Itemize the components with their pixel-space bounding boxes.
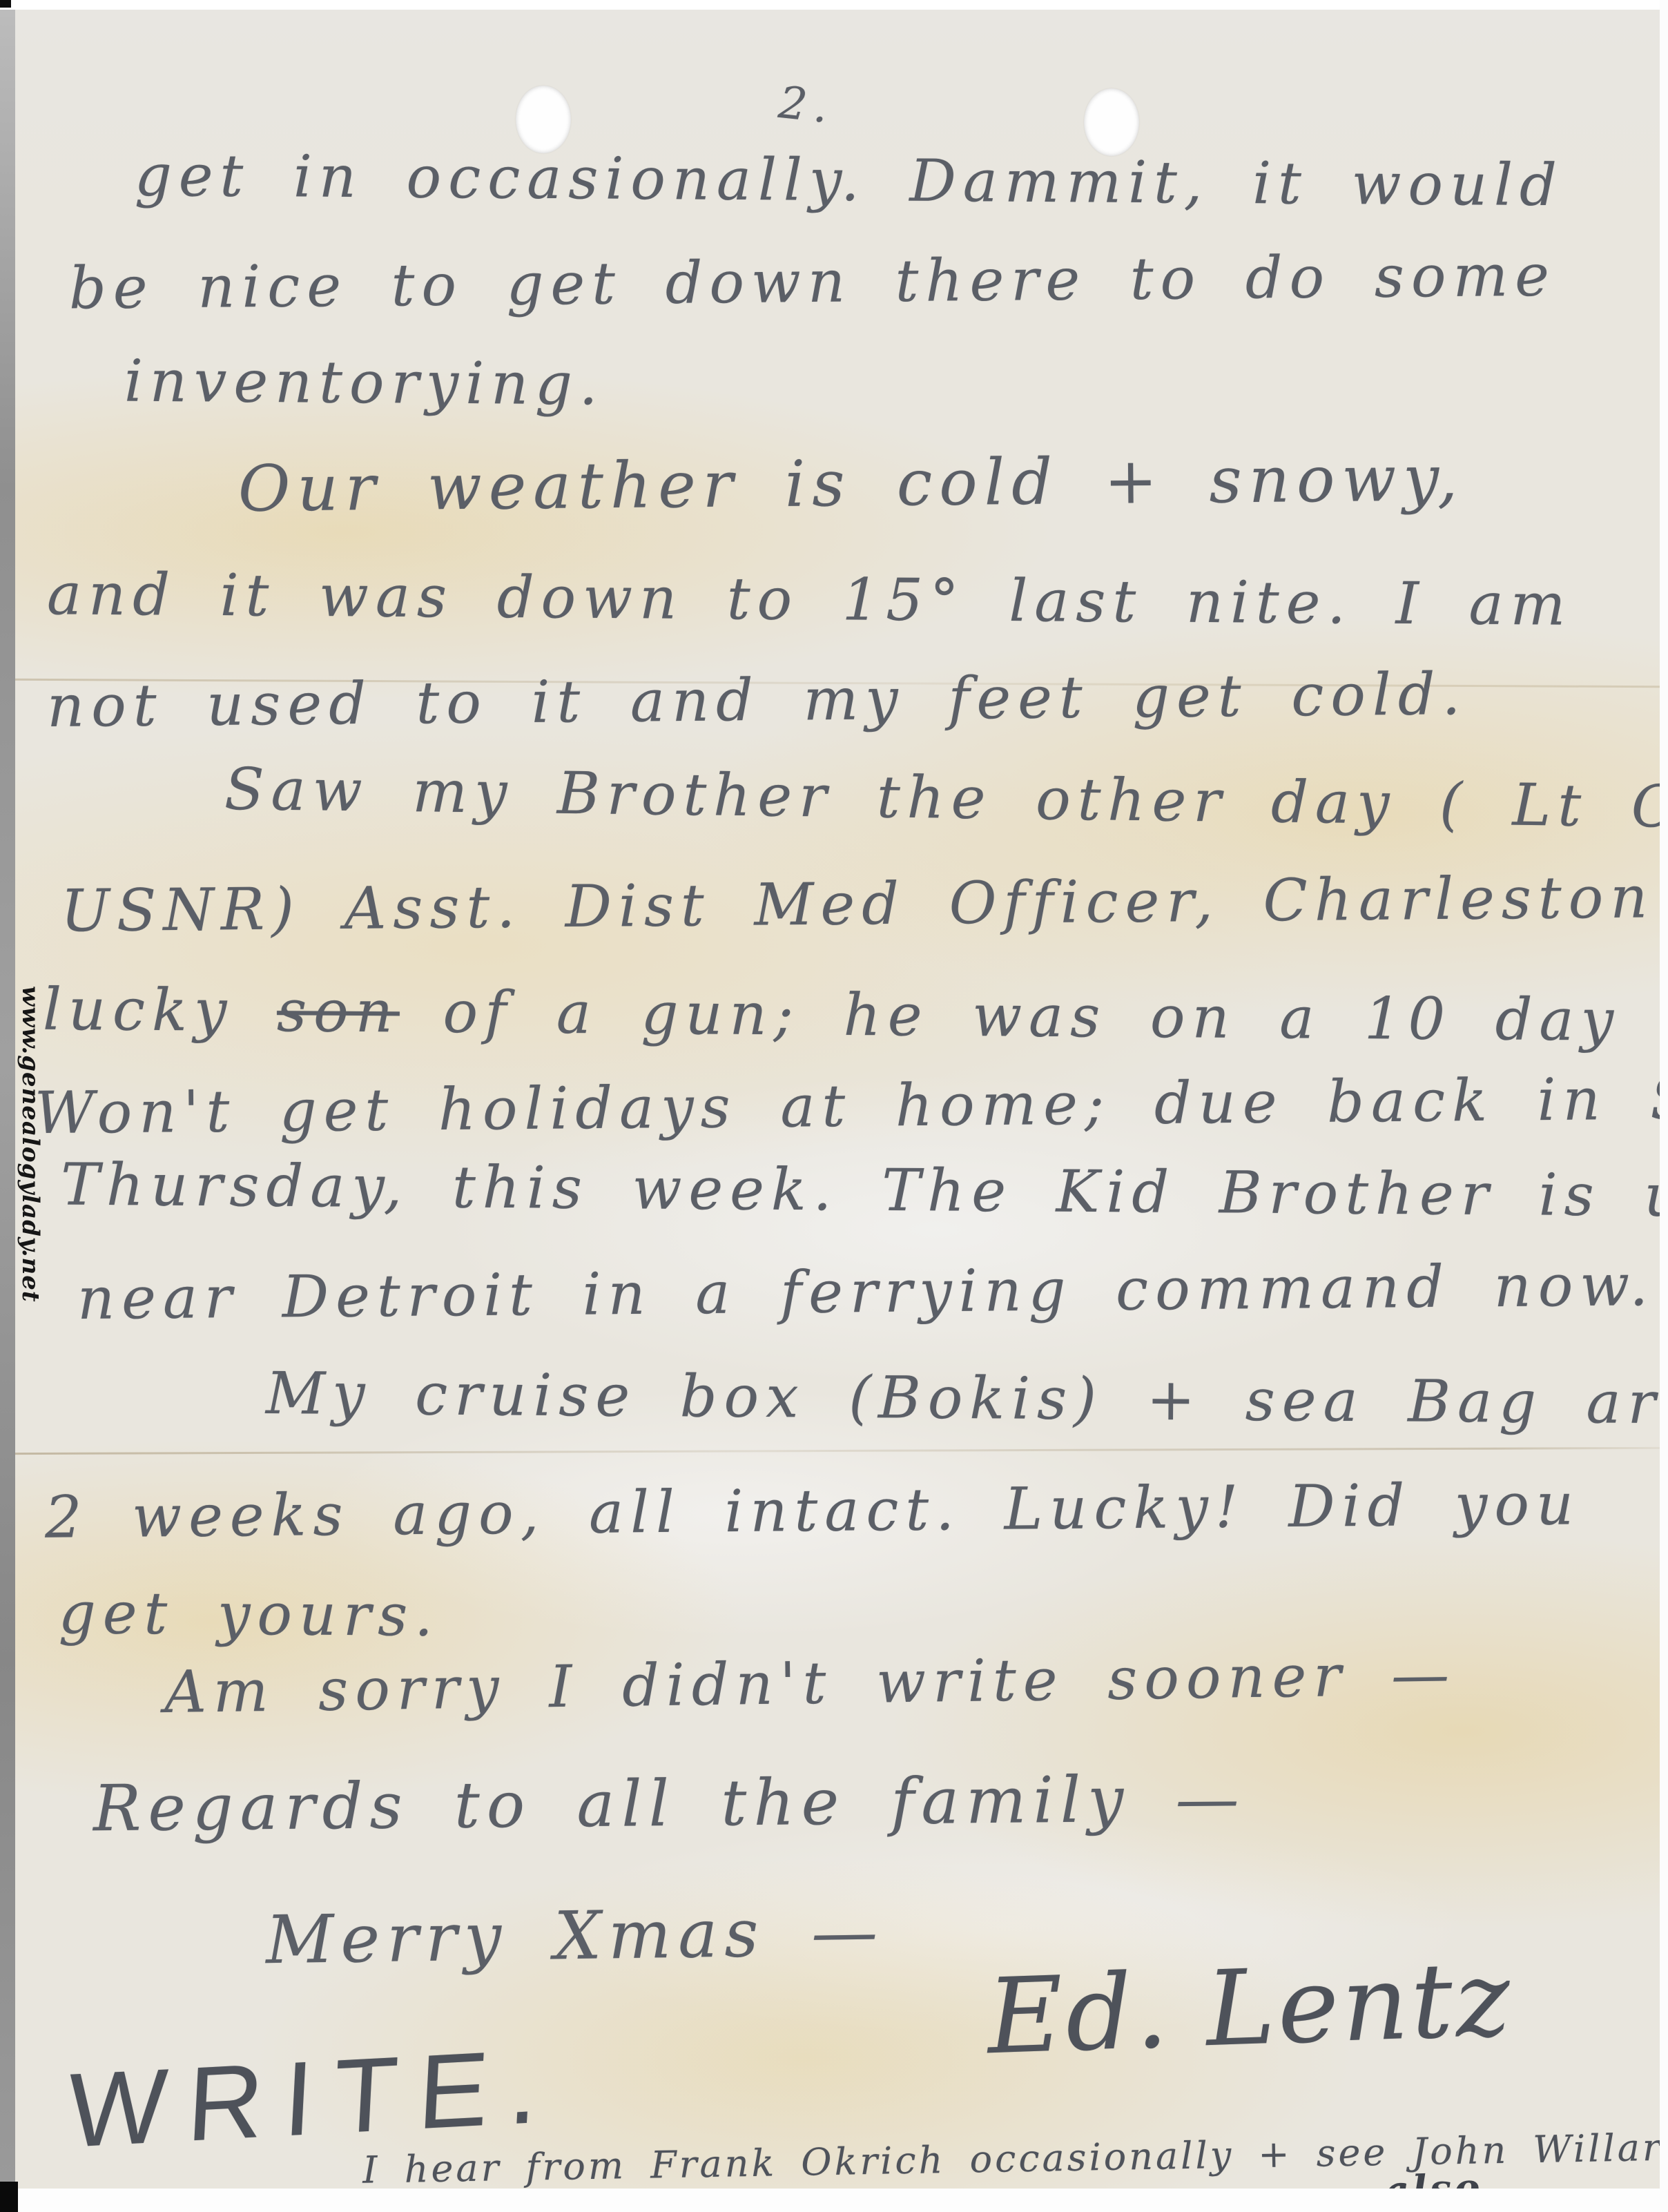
letter-line-13: My cruise box (Bokis) + sea Bag arrived (266, 1361, 1668, 1436)
letter-line-2: be nice to get down there to do some (69, 244, 1557, 320)
letter-line-17: Regards to all the family — (93, 1764, 1246, 1844)
scan-corner-mark-top-left (0, 0, 11, 8)
line9-post: of a gun; he was on a 10 day leave. (400, 978, 1668, 1056)
scanner-edge-top (0, 0, 1668, 10)
line9-struck-word: son (277, 977, 400, 1045)
scanner-edge-bottom (0, 2189, 1668, 2212)
signature: Ed. Lentz (985, 1939, 1515, 2077)
scanned-letter-page: 2. get in occasionally. Dammit, it would… (0, 0, 1668, 2212)
letter-line-1: get in occasionally. Dammit, it would (135, 144, 1564, 217)
punch-hole-right (1084, 88, 1139, 156)
letter-line-5: and it was down to 15° last nite. I am (47, 562, 1573, 637)
scan-corner-mark-bottom-left (0, 2182, 18, 2212)
letter-line-9: lucky son of a gun; he was on a 10 day l… (43, 978, 1668, 1054)
letter-line-10: Won't get holidays at home; due back in … (35, 1066, 1668, 1145)
letter-line-3: inventorying. (124, 349, 605, 416)
line9-pre: lucky (43, 976, 278, 1045)
letter-line-4: Our weather is cold + snowy, (238, 443, 1465, 524)
letter-line-6: not used to it and my feet get cold. (47, 662, 1468, 738)
scanner-edge-left (0, 0, 15, 2212)
letter-line-12: near Detroit in a ferrying command now. (77, 1253, 1656, 1330)
letter-line-8: USNR) Asst. Dist Med Officer, Charleston… (61, 864, 1668, 943)
letter-line-14: 2 weeks ago, all intact. Lucky! Did you (45, 1472, 1581, 1549)
letter-line-15: get yours. (59, 1581, 440, 1647)
letter-line-18: Merry Xmas — (265, 1896, 884, 1977)
page-number: 2. (777, 79, 837, 133)
watermark-genealogylady: www.genealogylady.net (17, 986, 44, 1303)
punch-hole-left (516, 86, 571, 153)
scanner-edge-right (1660, 0, 1668, 2212)
letter-line-11: Thursday, this week. The Kid Brother is … (61, 1153, 1668, 1228)
